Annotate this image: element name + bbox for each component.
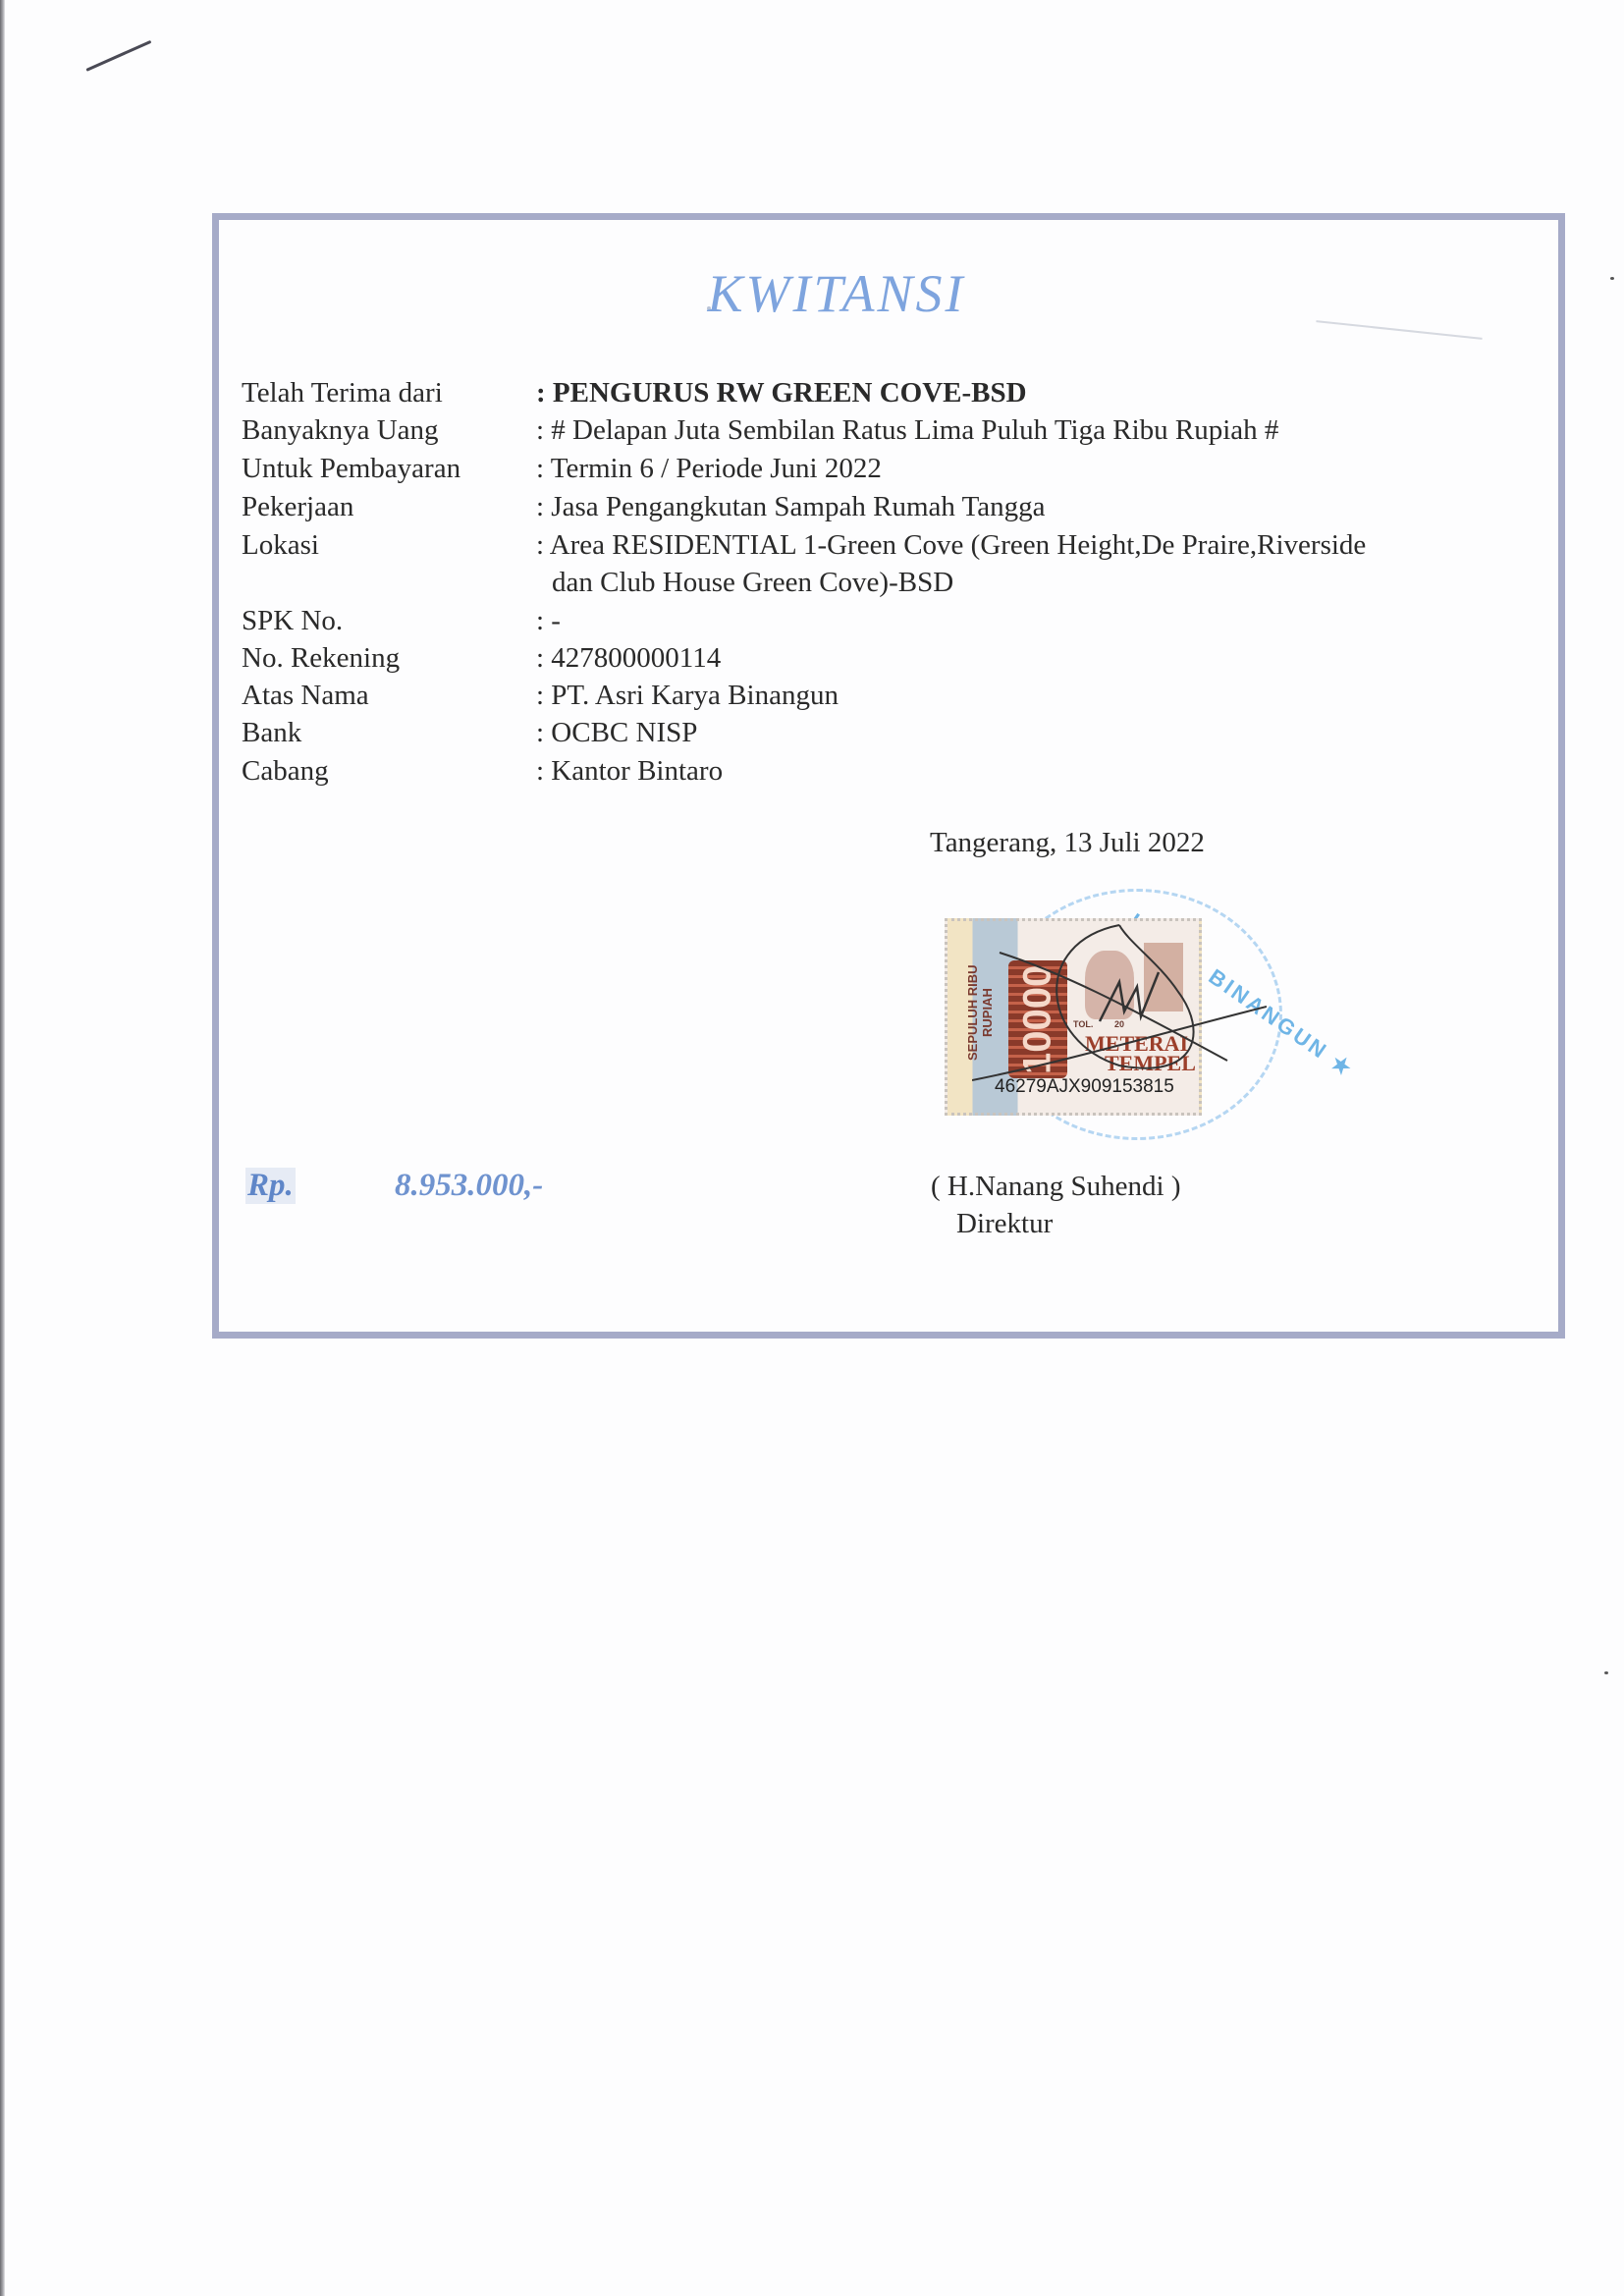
field-label: Untuk Pembayaran — [242, 452, 460, 485]
field-value: : Kantor Bintaro — [536, 754, 723, 788]
field-label: Telah Terima dari — [242, 376, 443, 410]
stamp-tol-label: TOL. — [1073, 1019, 1093, 1029]
field-label: Atas Nama — [242, 679, 369, 712]
garuda-emblem-icon — [1085, 951, 1134, 1019]
field-label: Cabang — [242, 754, 329, 788]
amount-value: 8.953.000,- — [395, 1168, 543, 1204]
field-value: : Termin 6 / Periode Juni 2022 — [536, 452, 882, 485]
field-label: Bank — [242, 716, 301, 749]
pen-mark — [85, 40, 151, 72]
field-value-continuation: dan Club House Green Cove)-BSD — [552, 566, 953, 599]
field-value: : Jasa Pengangkutan Sampah Rumah Tangga — [536, 490, 1046, 523]
field-value: : PENGURUS RW GREEN COVE-BSD — [536, 376, 1027, 410]
signer-title: Direktur — [956, 1208, 1053, 1240]
field-value: : # Delapan Juta Sembilan Ratus Lima Pul… — [536, 413, 1278, 447]
stamp-denomination-text: SEPULUH RIBU RUPIAH — [965, 939, 995, 1086]
field-label: No. Rekening — [242, 641, 400, 675]
scan-edge — [0, 0, 5, 2296]
receipt-title: KWITANSI — [0, 263, 1624, 324]
stamp-denomination: 10000 — [1008, 960, 1067, 1078]
field-label: Lokasi — [242, 528, 319, 562]
field-value: : OCBC NISP — [536, 716, 697, 749]
field-label: SPK No. — [242, 604, 343, 637]
field-value: : 427800000114 — [536, 641, 721, 675]
field-value: : PT. Asri Karya Binangun — [536, 679, 839, 712]
place-date: Tangerang, 13 Juli 2022 — [930, 827, 1205, 859]
duty-stamp: SEPULUH RIBU RUPIAH 10000 TOL. 20 METERA… — [945, 918, 1202, 1116]
field-label: Pekerjaan — [242, 490, 353, 523]
amount-currency: Rp. — [245, 1168, 296, 1204]
field-value: : Area RESIDENTIAL 1-Green Cove (Green H… — [536, 528, 1366, 562]
stamp-tol-value: 20 — [1114, 1019, 1124, 1029]
stamp-line2: TEMPEL — [1105, 1051, 1196, 1076]
field-label: Banyaknya Uang — [242, 413, 439, 447]
signer-name: ( H.Nanang Suhendi ) — [931, 1171, 1181, 1203]
speck — [1604, 1671, 1608, 1674]
ornament-icon — [1144, 943, 1183, 1011]
stamp-serial: 46279AJX909153815 — [995, 1076, 1174, 1098]
field-value: : - — [536, 604, 561, 637]
